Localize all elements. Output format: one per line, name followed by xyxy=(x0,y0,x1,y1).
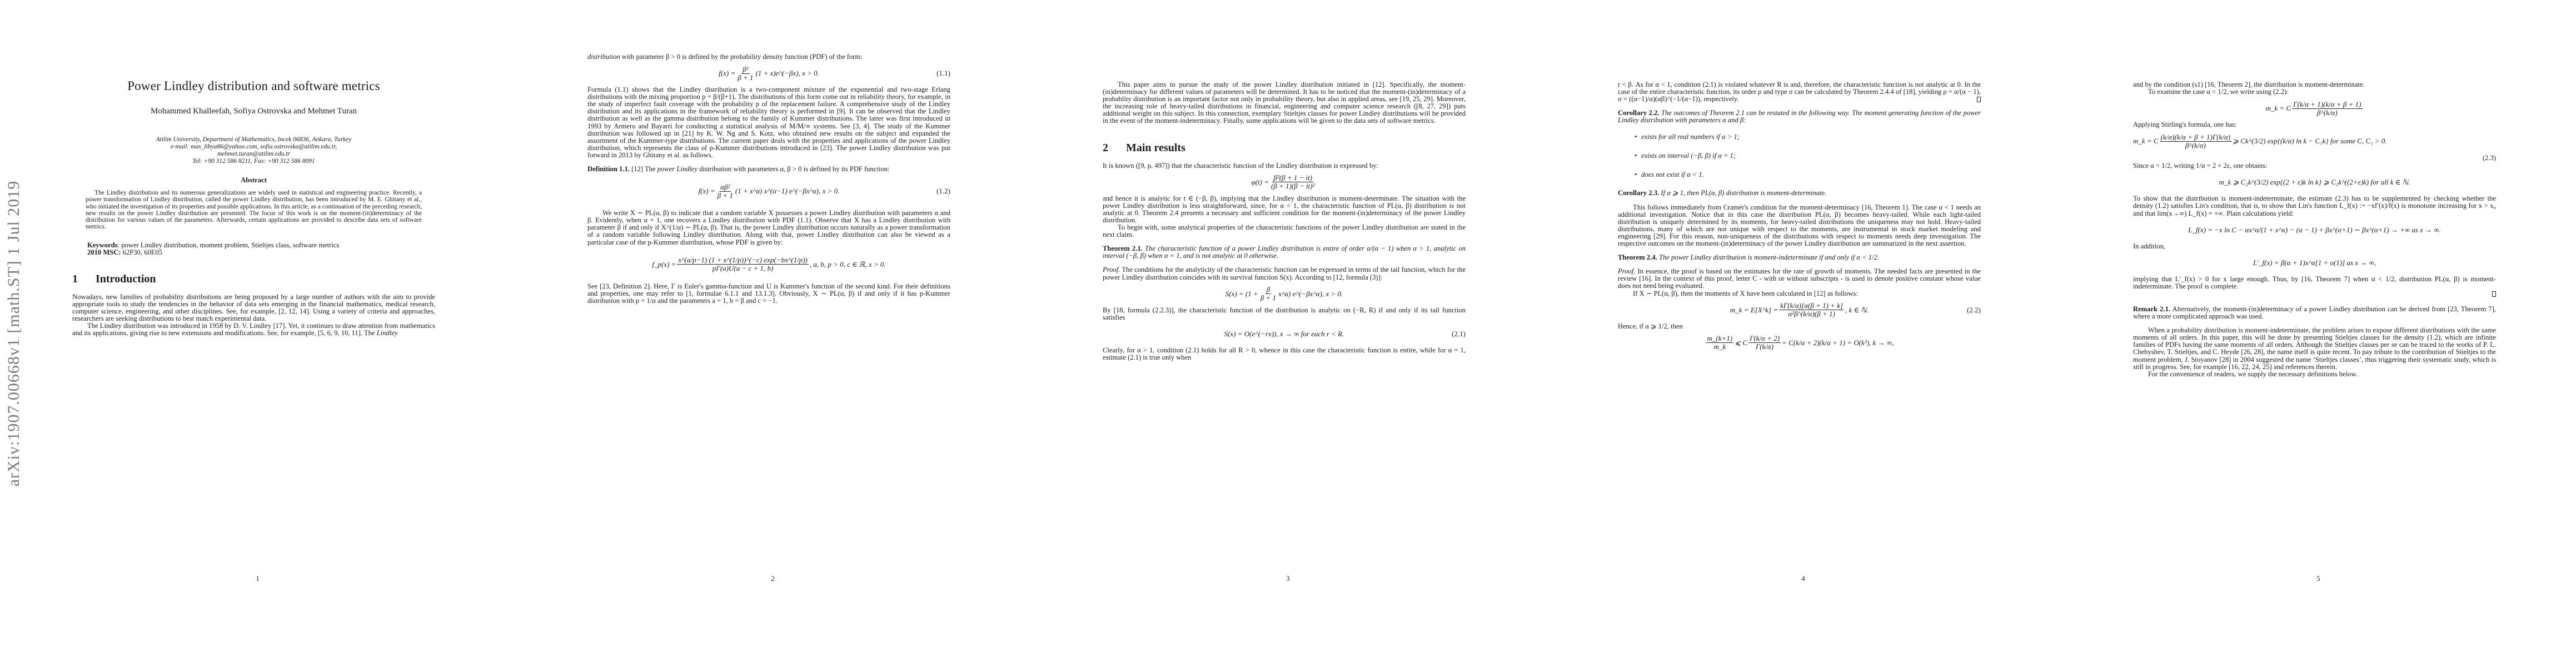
paragraph-examine: To examine the case α < 1/2, we write us… xyxy=(2133,88,2496,96)
equation-2-1: S(x) = O(e^(−rx)), x → ∞ for each r < R.… xyxy=(1103,326,1466,342)
qed-box-icon xyxy=(2492,291,2496,297)
equation-1-1: f(x) = β²β + 1 (1 + x)e^(−βx), x > 0. (1… xyxy=(587,65,950,82)
paragraph-since: Since α < 1/2, writing 1/α = 2 + 2ε, one… xyxy=(2133,162,2496,170)
paragraph-we-write: We write X ∼ PL(α, β) to indicate that a… xyxy=(587,210,950,246)
intro-paragraph-1: Nowadays, new families of probability di… xyxy=(72,293,435,322)
paragraph-implying: implying that L′_f(x) > 0 for x large en… xyxy=(2133,276,2496,290)
email-line-1: e-mail: mas_libya86@yahoo.com, sofia.ost… xyxy=(72,143,435,151)
page-4: r < β. As for α < 1, condition (2.1) is … xyxy=(1546,0,2061,667)
bullet-item: does not exist if α < 1. xyxy=(1635,171,1981,179)
bullet-item: exists for all real numbers if α > 1; xyxy=(1635,133,1981,141)
paragraph-convenience: For the convenience of readers, we suppl… xyxy=(2133,371,2496,378)
paragraph-hence: and hence it is analytic for t ∈ (−β, β)… xyxy=(1103,195,1466,224)
page-3: This paper aims to pursue the study of t… xyxy=(1030,0,1546,667)
bullet-item: exists on interval (−β, β) if α = 1; xyxy=(1635,152,1981,160)
abstract-text: The Lindley distribution and its numerou… xyxy=(86,190,422,231)
page-5: and by the condition (s1) [16, Theorem 2… xyxy=(2061,0,2576,667)
remark-2-1: Remark 2.1. Alternatively, the moment-(i… xyxy=(2133,306,2496,320)
paragraph-show: To show that the distribution is moment-… xyxy=(2133,195,2496,217)
email-line-2: mehmet.turan@atilim.edu.tr xyxy=(72,151,435,158)
paragraph-known: It is known ([9, p, 497]) that the chara… xyxy=(1103,162,1466,170)
equation-2-3: m_k = C (k/α)(k/α + β + 1)Γ(k/α)β^(k/α) … xyxy=(2133,133,2496,150)
equation-characteristic-function: φ(t) = β²(β + 1 − it)(β + 1)(β − it)² xyxy=(1103,174,1466,191)
section-heading-introduction: 1Introduction xyxy=(72,273,435,286)
theorem-2-1: Theorem 2.1. The characteristic function… xyxy=(1103,245,1466,260)
proof-2-1: Proof. The conditions for the analyticit… xyxy=(1103,266,1466,281)
equation-tag: (2.1) xyxy=(1452,330,1466,339)
paragraph-begin: To begin with, some analytical propertie… xyxy=(1103,224,1466,238)
paragraph-hence-if: Hence, if α ⩾ 1/2, then xyxy=(1618,323,1981,330)
paragraph-follows: This follows immediately from Cramér's c… xyxy=(1618,204,1981,248)
equation-1-2: f(x) = αβ²β + 1 (1 + x^α) x^(α−1) e^(−βx… xyxy=(587,183,950,200)
paragraph-clearly: Clearly, for α > 1, condition (2.1) hold… xyxy=(1103,347,1466,361)
page-number: 4 xyxy=(1546,575,2061,583)
paper-title: Power Lindley distribution and software … xyxy=(72,79,435,93)
equation-p-kummer: f_p(x) = x^(a/p−1) (1 + x^(1/p))^(−c) ex… xyxy=(587,256,950,273)
paragraph-by: By [18, formula (2.2.3)], the characteri… xyxy=(1103,307,1466,321)
paragraph-continued: r < β. As for α < 1, condition (2.1) is … xyxy=(1618,81,1981,103)
abstract-heading: Abstract xyxy=(72,176,435,185)
equation-mk: m_k = C Γ(k/α + 1)(k/α + β + 1)β^(k/α) xyxy=(2133,100,2496,117)
definition-1-1: Definition 1.1. [12] The power Lindley d… xyxy=(587,166,950,173)
keywords: : power Lindley distribution, moment pro… xyxy=(118,241,340,249)
paragraph-stirling: Applying Stirling's formula, one has: xyxy=(2133,121,2496,128)
paragraph-formula: Formula (1.1) shows that the Lindley dis… xyxy=(587,86,950,159)
qed-box-icon xyxy=(1977,97,1981,102)
phone-fax: Tel: +90 312 586 8211, Fax: +90 312 586 … xyxy=(72,158,435,165)
paragraph-addition: In addition, xyxy=(2133,243,2496,250)
corollary-2-3: Corollary 2.3. If α ⩾ 1, then PL(α, β) d… xyxy=(1618,190,1981,197)
corollary-bullet-list: exists for all real numbers if α > 1; ex… xyxy=(1635,133,1981,179)
theorem-2-4: Theorem 2.4. The power Lindley distribut… xyxy=(1618,254,1981,261)
paragraph-lindley-def: distribution with parameter β > 0 is def… xyxy=(587,53,950,61)
equation-2-2: m_k = E[X^k] = kΓ(k/α)[α(β + 1) + k]α²β^… xyxy=(1618,302,1981,318)
paragraph-see-definition: See [23, Definition 2]. Here, Γ is Euler… xyxy=(587,283,950,305)
proof-2-4: Proof. In essence, the proof is based on… xyxy=(1618,268,1981,290)
keywords-label: Keywords xyxy=(87,241,118,249)
equation-tag: (1.2) xyxy=(936,187,950,196)
equation-moment-ratio: m_(k+1)m_k ⩽ C Γ(k/α + 2)Γ(k/α) = C(k/α … xyxy=(1618,335,1981,351)
equation-tag: (2.2) xyxy=(1967,306,1981,315)
page-number: 3 xyxy=(1030,575,1546,583)
affiliation: Atilim University, Department of Mathema… xyxy=(72,136,435,143)
page-number: 2 xyxy=(515,575,1030,583)
paragraph-when: When a probability distribution is momen… xyxy=(2133,327,2496,371)
page-number: 5 xyxy=(2061,575,2576,583)
msc-line: 2010 MSC: 62P30, 60E05 xyxy=(72,249,435,256)
equation-mk-lower-bound: m_k ⩾ C₂k^(3/2) exp{(2 + ε)k ln k} ⩾ C₂k… xyxy=(2133,174,2496,191)
equation-survival: S(x) = (1 + ββ + 1 x^α) e^(−βx^α), x > 0… xyxy=(1103,286,1466,302)
equation-lin-derivative: L′_f(x) = β(α + 1)x^α[1 + o(1)] as x → ∞… xyxy=(2133,255,2496,271)
equation-tag: (2.3) xyxy=(2133,154,2496,162)
page-1: Power Lindley distribution and software … xyxy=(0,0,515,667)
page-number: 1 xyxy=(0,575,515,583)
equation-lin-function: L_f(x) = −x ln C − αx^α/(1 + x^α) − (α −… xyxy=(2133,222,2496,238)
author-list: Mohammed Khalleefah, Sofiya Ostrovska an… xyxy=(72,107,435,116)
paragraph-if: If X ∼ PL(α, β), then the moments of X h… xyxy=(1618,290,1981,297)
equation-tag: (1.1) xyxy=(936,69,950,78)
affiliation-block: Atilim University, Department of Mathema… xyxy=(72,136,435,165)
page-2: distribution with parameter β > 0 is def… xyxy=(515,0,1030,667)
msc-label: 2010 MSC: xyxy=(87,248,121,256)
msc-codes: 62P30, 60E05 xyxy=(121,248,163,256)
section-heading-main-results: 2Main results xyxy=(1103,142,1466,155)
paragraph-aims: This paper aims to pursue the study of t… xyxy=(1103,81,1466,125)
corollary-2-2: Corollary 2.2. The outcomes of Theorem 2… xyxy=(1618,109,1981,124)
intro-paragraph-2: The Lindley distribution was introduced … xyxy=(72,322,435,337)
